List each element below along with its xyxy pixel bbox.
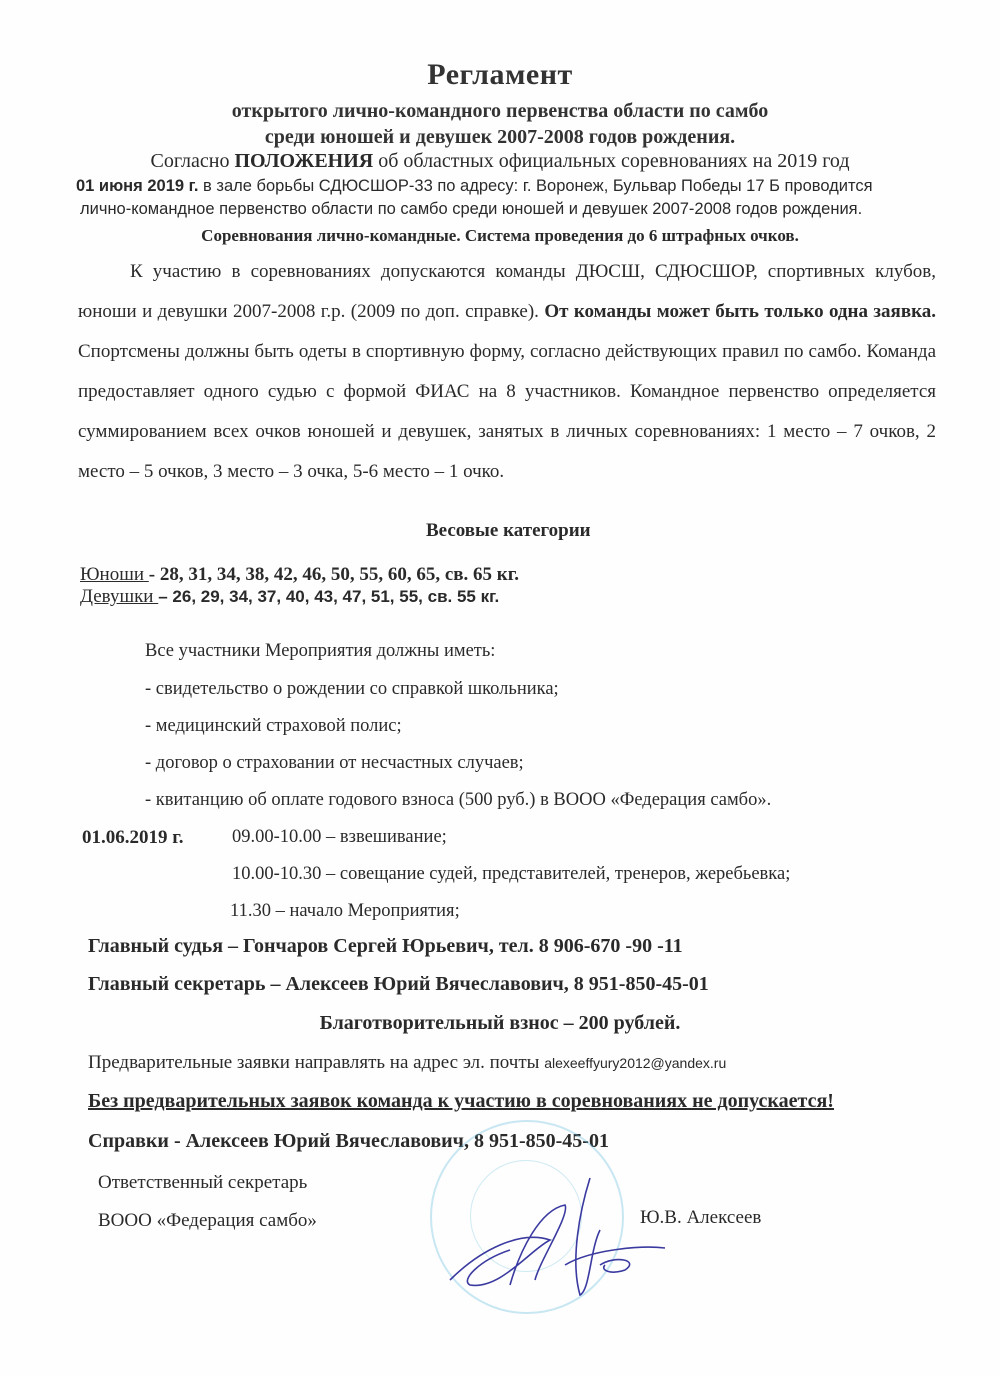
requirement-item: - квитанцию об оплате годового взноса (5… <box>145 790 771 811</box>
according-line: Согласно ПОЛОЖЕНИЯ об областных официаль… <box>0 150 1000 173</box>
requirements-intro: Все участники Мероприятия должны иметь: <box>145 641 495 662</box>
weights-heading: Весовые категории <box>426 520 591 542</box>
signature-icon <box>440 1170 670 1310</box>
subtitle-line-2: среди юношей и девушек 2007-2008 годов р… <box>0 126 1000 149</box>
schedule-item: 11.30 – начало Мероприятия; <box>230 901 460 922</box>
schedule-date: 01.06.2019 г. <box>82 827 184 849</box>
signatory-position-2: ВООО «Федерация самбо» <box>98 1210 317 1232</box>
signatory-position-1: Ответственный секретарь <box>98 1172 307 1194</box>
document-page: Регламент открытого лично-командного пер… <box>0 0 1000 1376</box>
fee-line: Благотворительный взнос – 200 рублей. <box>0 1012 1000 1035</box>
requirement-item: - свидетельство о рождении со справкой ш… <box>145 679 559 700</box>
requirement-item: - медицинский страховой полис; <box>145 716 402 737</box>
date-location-line: 01 июня 2019 г. в зале борьбы СДЮСШОР-33… <box>76 177 873 196</box>
chief-judge: Главный судья – Гончаров Сергей Юрьевич,… <box>88 935 683 958</box>
document-title: Регламент <box>0 58 1000 92</box>
schedule-item: 09.00-10.00 – взвешивание; <box>232 827 447 848</box>
warning-line: Без предварительных заявок команда к уча… <box>88 1090 834 1113</box>
subtitle-line-1: открытого лично-командного первенства об… <box>0 100 1000 123</box>
girls-weights: Девушки – 26, 29, 34, 37, 40, 43, 47, 51… <box>80 586 499 608</box>
applications-line: Предварительные заявки направлять на адр… <box>88 1052 726 1074</box>
admission-paragraph: К участию в соревнованиях допускаются ко… <box>78 252 936 492</box>
schedule-item: 10.00-10.30 – совещание судей, представи… <box>232 864 790 885</box>
email-link[interactable]: alexeeffyury2012@yandex.ru <box>544 1055 726 1071</box>
date-location-line-2: лично-командное первенство области по са… <box>80 200 862 219</box>
system-line: Соревнования лично-командные. Система пр… <box>0 226 1000 246</box>
chief-secretary: Главный секретарь – Алексеев Юрий Вячесл… <box>88 973 709 996</box>
boys-weights: Юноши - 28, 31, 34, 38, 42, 46, 50, 55, … <box>80 564 519 586</box>
requirement-item: - договор о страховании от несчастных сл… <box>145 753 524 774</box>
